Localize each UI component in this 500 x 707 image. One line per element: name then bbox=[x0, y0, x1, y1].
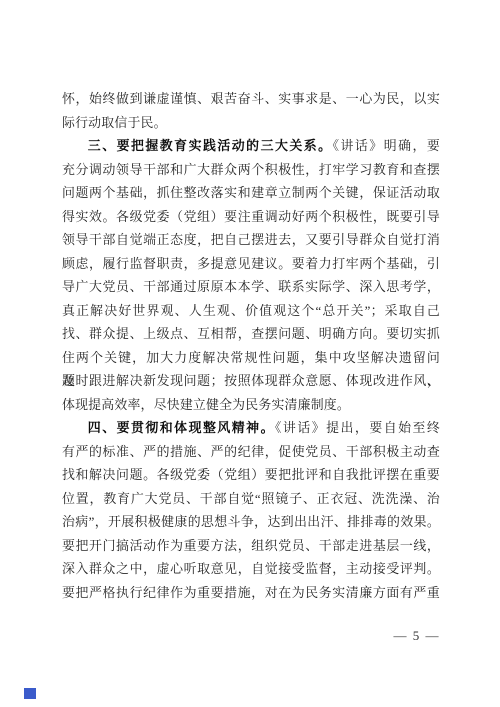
text-line: 位置，教育广大党员、干部自觉“照镜子、正衣冠、洗洗澡、治 bbox=[62, 488, 440, 512]
line-text: 顾虑，履行监督职责，多提意见建议。要着力打牢两个基础，引 bbox=[62, 257, 440, 271]
text-line: 导广大党员、干部通过原原本本学、联系实际学、深入思考学， bbox=[62, 276, 440, 300]
line-text: 要把开门搞活动作为重要方法，组织党员、干部走进基层一线， bbox=[62, 539, 440, 553]
line-text: 《讲话》提出，要自始至终 bbox=[275, 421, 440, 435]
text-line: 治病”，开展积极健康的思想斗争，达到出出汗、排排毒的效果。 bbox=[62, 511, 440, 535]
text-line: 充分调动领导干部和广大群众两个积极性，打牢学习教育和查摆 bbox=[62, 159, 440, 183]
line-text: 导广大党员、干部通过原原本本学、联系实际学、深入思考学， bbox=[62, 280, 440, 294]
line-text: 要把严格执行纪律作为重要措施，对在为民务实清廉方面有严重 bbox=[62, 586, 440, 600]
line-text: 问题两个基础，抓住整改落实和建章立制两个关键，保证活动取 bbox=[62, 186, 440, 200]
text-line: 得实效。各级党委（党组）要注重调动好两个积极性，既要引导 bbox=[62, 206, 440, 230]
line-text: 充分调动领导干部和广大群众两个积极性，打牢学习教育和查摆 bbox=[62, 163, 440, 177]
line-text: 真正解决好世界观、人生观、价值观这个“总开关”；采取自己 bbox=[62, 304, 440, 318]
text-line: 际行动取信于民。 bbox=[62, 112, 440, 136]
text-line: 四、要贯彻和体现整风精神。《讲话》提出，要自始至终 bbox=[62, 417, 440, 441]
line-text: 位置，教育广大党员、干部自觉“照镜子、正衣冠、洗洗澡、治 bbox=[62, 492, 440, 506]
text-line: 有严的标准、严的措施、严的纪律，促使党员、干部积极主动查 bbox=[62, 441, 440, 465]
line-text: 找和解决问题。各级党委（党组）要把批评和自我批评摆在重要 bbox=[62, 468, 440, 482]
page-number: — 5 — bbox=[62, 628, 440, 644]
line-text: 际行动取信于民。 bbox=[62, 116, 167, 130]
text-line: 找、群众提、上级点、互相帮，查摆问题、明确方向。要切实抓 bbox=[62, 323, 440, 347]
text-line: 顾虑，履行监督职责，多提意见建议。要着力打牢两个基础，引 bbox=[62, 253, 440, 277]
text-line: 三、要把握教育实践活动的三大关系。《讲话》明确，要 bbox=[62, 135, 440, 159]
text-line: 要把严格执行纪律作为重要措施，对在为民务实清廉方面有严重 bbox=[62, 582, 440, 606]
line-text: 怀，始终做到谦虚谨慎、艰苦奋斗、实事求是、一心为民，以实 bbox=[62, 92, 440, 106]
section-heading: 三、要把握教育实践活动的三大关系。 bbox=[88, 139, 333, 153]
section-heading: 四、要贯彻和体现整风精神。 bbox=[88, 421, 275, 435]
line-text: 治病”，开展积极健康的思想斗争，达到出出汗、排排毒的效果。 bbox=[62, 515, 440, 529]
line-text: 有严的标准、严的措施、严的纪律，促使党员、干部积极主动查 bbox=[62, 445, 440, 459]
text-line: 怀，始终做到谦虚谨慎、艰苦奋斗、实事求是、一心为民，以实 bbox=[62, 88, 440, 112]
document-page: 怀，始终做到谦虚谨慎、艰苦奋斗、实事求是、一心为民，以实 际行动取信于民。 三、… bbox=[0, 0, 500, 707]
text-line: 领导干部自觉端正态度，把自己摆进去，又要引导群众自觉打消 bbox=[62, 229, 440, 253]
line-text: 深入群众之中，虚心听取意见，自觉接受监督，主动接受评判。 bbox=[62, 562, 440, 576]
text-line: 体现提高效率，尽快建立健全为民务实清廉制度。 bbox=[62, 394, 440, 418]
body-text: 怀，始终做到谦虚谨慎、艰苦奋斗、实事求是、一心为民，以实 际行动取信于民。 三、… bbox=[62, 88, 440, 605]
text-line: 真正解决好世界观、人生观、价值观这个“总开关”；采取自己 bbox=[62, 300, 440, 324]
line-text: 得实效。各级党委（党组）要注重调动好两个积极性，既要引导 bbox=[62, 210, 440, 224]
line-text: 体现提高效率，尽快建立健全为民务实清廉制度。 bbox=[62, 398, 350, 412]
corner-marker bbox=[24, 688, 36, 699]
text-line: 问题两个基础，抓住整改落实和建章立制两个关键，保证活动取 bbox=[62, 182, 440, 206]
line-text: 及时跟进解决新发现问题；按照体现群众意愿、体现改进作风、 bbox=[62, 374, 440, 388]
text-line: 深入群众之中，虚心听取意见，自觉接受监督，主动接受评判。 bbox=[62, 558, 440, 582]
text-line: 住两个关键，加大力度解决常规性问题，集中攻坚解决遗留问题， bbox=[62, 347, 440, 371]
text-line: 及时跟进解决新发现问题；按照体现群众意愿、体现改进作风、 bbox=[62, 370, 440, 394]
line-text: 找、群众提、上级点、互相帮，查摆问题、明确方向。要切实抓 bbox=[62, 327, 440, 341]
line-text: 《讲话》明确，要 bbox=[333, 139, 440, 153]
text-line: 要把开门搞活动作为重要方法，组织党员、干部走进基层一线， bbox=[62, 535, 440, 559]
line-text: 领导干部自觉端正态度，把自己摆进去，又要引导群众自觉打消 bbox=[62, 233, 440, 247]
text-line: 找和解决问题。各级党委（党组）要把批评和自我批评摆在重要 bbox=[62, 464, 440, 488]
